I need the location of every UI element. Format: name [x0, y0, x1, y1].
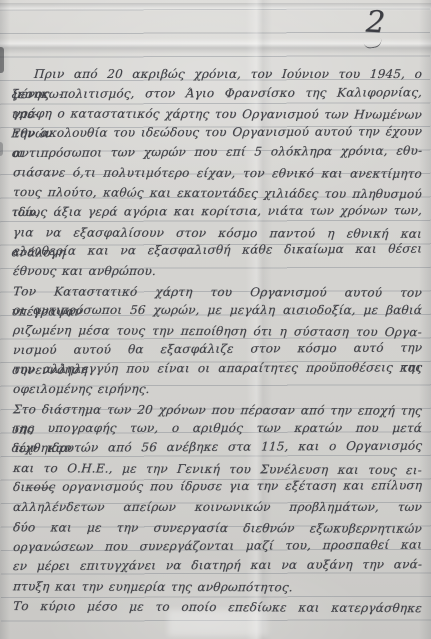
handwritten-line: Τον Καταστατικό χάρτη του Οργανισμού αυτ… [12, 282, 423, 303]
ink-smudge [0, 47, 4, 73]
ink-smudge [0, 142, 3, 156]
handwritten-line: σιάσανε ό,τι πολυτιμότερο είχαν, τον εθν… [12, 164, 423, 185]
handwritten-line: οφειλομένης ειρήνης. [12, 380, 422, 400]
handwritten-line: εν μέρει επιτυγχάνει να διατηρή και να α… [12, 555, 422, 576]
handwritten-line: μένος πολιτισμός, στον Άγιο Φρανσίσκο τη… [12, 83, 422, 104]
handwritten-line: αλληλένδετων απείρων κοινωνικών προβλημά… [12, 498, 422, 518]
handwritten-line: πτυξη και την ευημερία της ανθρωπότητος. [12, 577, 423, 598]
handwritten-text: Πριν από 20 ακριβώς χρόνια, τον Ιούνιον … [13, 65, 422, 616]
handwritten-line: Το κύριο μέσο με το οποίο επεδίωκε και κ… [12, 597, 422, 619]
handwritten-line: έθνους και ανθρώπου. [12, 262, 422, 282]
handwritten-line: ελευθερία και να εξασφαλισθή κάθε δικαίω… [12, 240, 422, 262]
scanned-document-page: 2 Πριν από 20 ακριβώς χρόνια, τον Ιούνιο… [0, 0, 431, 639]
handwritten-line: οργανώσεων που συνεργάζονται μαζί του, π… [12, 535, 422, 557]
handwritten-line: ιδίως άξια γερά αγόρια και κορίτσια, νιά… [12, 201, 422, 222]
page-number: 2 [365, 8, 386, 39]
handwritten-line: αντιπρόσωποι των χωρών που επί 5 ολόκληρ… [12, 141, 422, 163]
handwritten-line: Στο διάστημα των 20 χρόνων που πέρασαν α… [12, 400, 423, 421]
handwritten-line: την ακολουθία του ιδεώδους του Οργανισμο… [12, 122, 422, 143]
handwritten-line: Πριν από 20 ακριβώς χρόνια, τον Ιούνιον … [12, 65, 422, 85]
handwritten-line: νισμού αυτού θα εξασφάλιζε στον κόσμο αυ… [12, 338, 422, 360]
handwritten-line: των ιδρυτών από 56 ανέβηκε στα 115, και … [12, 437, 422, 459]
paper-shadow [0, 0, 10, 639]
handwritten-line: την αλληλεγγύη που είναι οι απαραίτητες … [12, 359, 422, 380]
handwritten-line: δικ̶ο̶ύ̶ς̶ οργανισμούς που ίδρυσε για τη… [12, 477, 422, 498]
handwritten-line: οι αντιπρόσωποι 56 χωρών, με μεγάλη αισι… [12, 301, 422, 321]
